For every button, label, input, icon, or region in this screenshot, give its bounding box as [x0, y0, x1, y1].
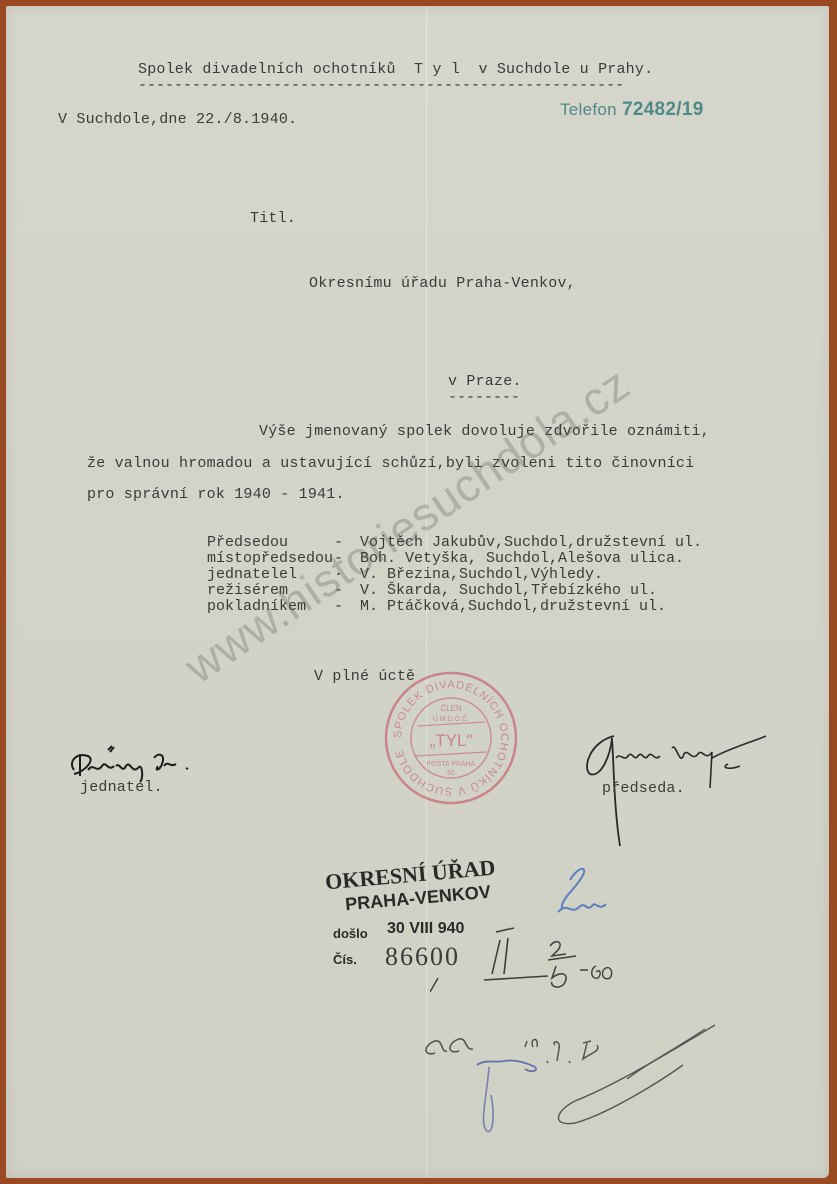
letterhead-title: Spolek divadelních ochotníků T y l v Suc…: [138, 61, 653, 78]
officer-role: Předsedou: [207, 535, 334, 551]
phone-label: Telefon: [560, 100, 617, 119]
recipient-name: Okresnímu úřadu Praha-Venkov,: [309, 275, 576, 292]
stamp-received-label: došlo: [333, 926, 368, 941]
file-mark-annotation-icon: [430, 850, 650, 1000]
secretary-title: jednatel.: [80, 779, 163, 796]
recipient-city: v Praze.: [448, 373, 522, 390]
svg-text:ČLEN: ČLEN: [440, 704, 462, 713]
officer-person: V. Březina,Suchdol,Výhledy.: [360, 567, 603, 583]
officer-row: Předsedou - Vojtěch Jakubův,Suchdol,druž…: [207, 535, 702, 551]
letterhead-underline: ----------------------------------------…: [138, 77, 698, 94]
stamp-number-label: Čís.: [333, 952, 357, 967]
place-date: V Suchdole,dne 22./8.1940.: [58, 111, 297, 128]
recipient-city-underline: --------: [448, 389, 528, 406]
officer-person: V. Škarda, Suchdol,Třebízkého ul.: [360, 583, 657, 599]
svg-text:POŠTA PRAHA: POŠTA PRAHA: [427, 759, 476, 768]
handwritten-note-icon: [415, 1005, 735, 1150]
svg-text:50: 50: [447, 770, 455, 777]
chairman-title: předseda.: [602, 780, 685, 797]
officer-row: místopředsedou - Boh. Vetyška, Suchdol,A…: [207, 551, 702, 567]
body-line-3: pro správní rok 1940 - 1941.: [87, 486, 345, 503]
body-line-1: Výše jmenovaný spolek dovoluje zdvořile …: [259, 423, 710, 440]
salutation: Titl.: [250, 210, 296, 227]
club-seal-icon: SPOLEK DIVADELNÍCH OCHOTNÍKŮ V SUCHDOLE …: [383, 670, 519, 806]
body-line-2: že valnou hromadou a ustavující schůzí,b…: [87, 455, 694, 472]
svg-text:Ú.M.D.O.Č.: Ú.M.D.O.Č.: [433, 714, 469, 723]
phone-stamp: Telefon 72482/19: [560, 99, 704, 121]
phone-number: 72482/19: [622, 99, 704, 120]
svg-text:„TYL": „TYL": [430, 731, 473, 750]
officer-person: M. Ptáčková,Suchdol,družstevní ul.: [360, 599, 666, 615]
